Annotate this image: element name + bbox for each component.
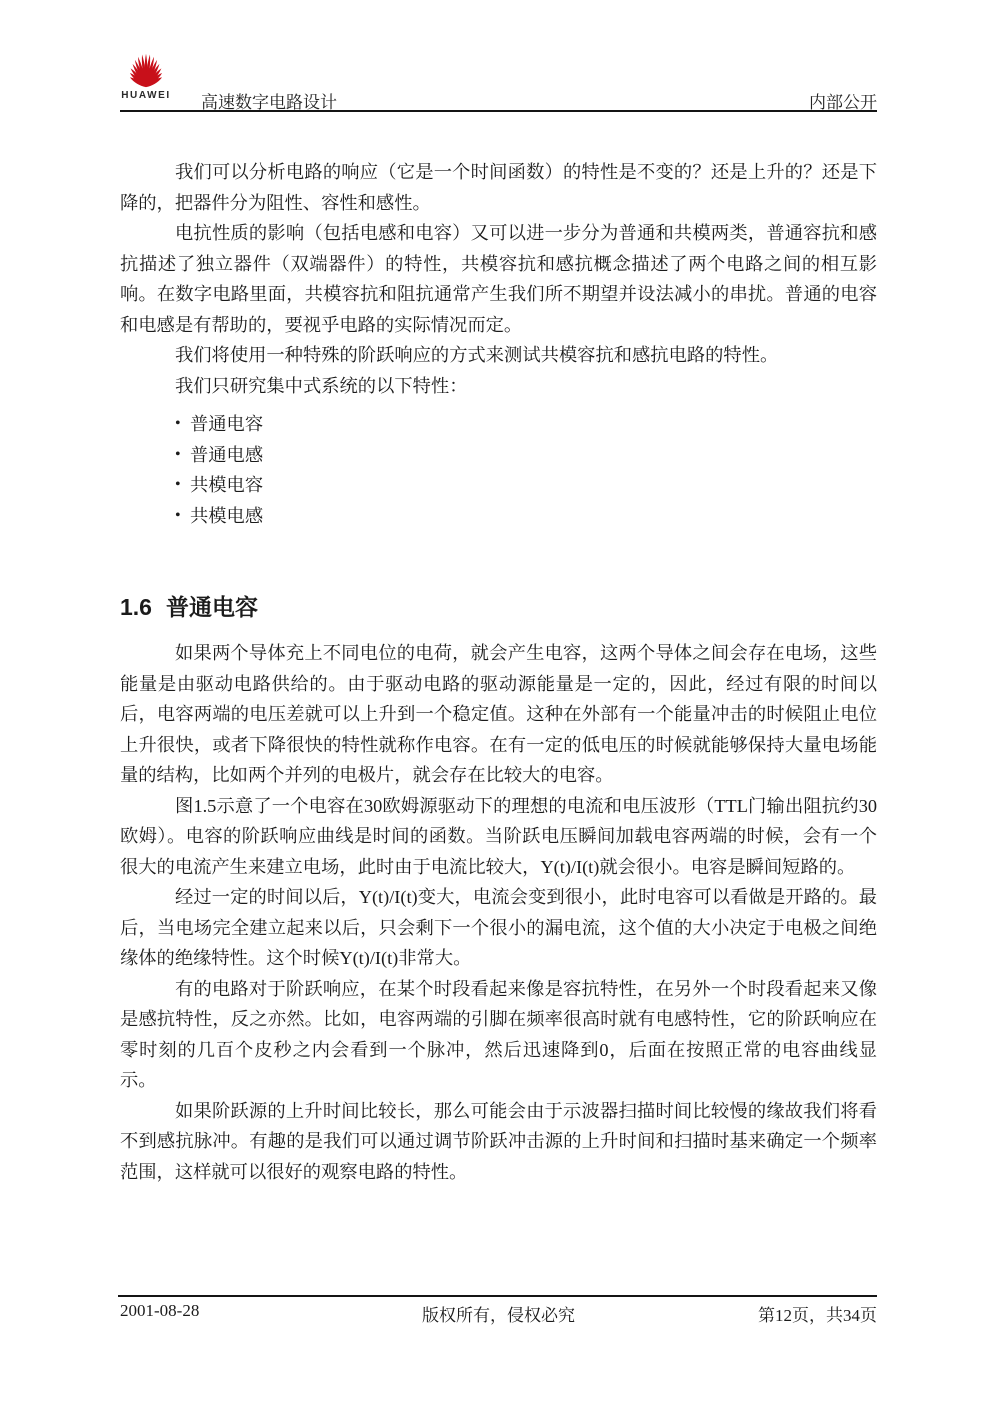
list-item: • 普通电感 [120, 440, 877, 471]
list-item-label: 普通电容 [190, 414, 263, 434]
paragraph: 如果阶跃源的上升时间比较长，那么可能会由于示波器扫描时间比较慢的缘故我们将看不到… [120, 1096, 877, 1188]
paragraph: 我们可以分析电路的响应（它是一个时间函数）的特性是不变的？还是上升的？还是下降的… [120, 157, 877, 218]
paragraph: 我们只研究集中式系统的以下特性： [120, 371, 877, 402]
bullet-icon: • [175, 440, 181, 471]
huawei-logo: HUAWEI [116, 52, 176, 101]
huawei-fan-icon [121, 52, 171, 88]
footer-divider [118, 1295, 877, 1297]
list-item-label: 普通电感 [190, 445, 263, 465]
bullet-icon: • [175, 409, 181, 440]
paragraph: 如果两个导体充上不同电位的电荷，就会产生电容，这两个导体之间会存在电场，这些能量… [120, 638, 877, 791]
paragraph: 经过一定的时间以后，Y(t)/I(t)变大，电流会变到很小，此时电容可以看做是开… [120, 882, 877, 974]
list-item: • 共模电容 [120, 470, 877, 501]
list-item: • 普通电容 [120, 409, 877, 440]
bullet-icon: • [175, 501, 181, 532]
section-title: 普通电容 [166, 595, 258, 620]
list-item-label: 共模电感 [190, 506, 263, 526]
paragraph: 我们将使用一种特殊的阶跃响应的方式来测试共模容抗和感抗电路的特性。 [120, 340, 877, 371]
paragraph: 图1.5示意了一个电容在30欧姆源驱动下的理想的电流和电压波形（TTL门输出阻抗… [120, 791, 877, 883]
section-heading: 1.6普通电容 [120, 591, 877, 624]
footer-date: 2001-08-28 [120, 1301, 199, 1321]
bullet-icon: • [175, 470, 181, 501]
document-page: HUAWEI 高速数字电路设计 内部公开 我们可以分析电路的响应（它是一个时间函… [0, 0, 992, 1403]
paragraph: 有的电路对于阶跃响应，在某个时段看起来像是容抗特性，在另外一个时段看起来又像是感… [120, 974, 877, 1096]
document-body: 我们可以分析电路的响应（它是一个时间函数）的特性是不变的？还是上升的？还是下降的… [120, 157, 877, 1187]
list-item: • 共模电感 [120, 501, 877, 532]
paragraph: 电抗性质的影响（包括电感和电容）又可以进一步分为普通和共模两类，普通容抗和感抗描… [120, 218, 877, 340]
header-divider [120, 110, 877, 112]
section-number: 1.6 [120, 594, 152, 620]
list-item-label: 共模电容 [190, 475, 263, 495]
huawei-logo-text: HUAWEI [116, 90, 176, 101]
feature-list: • 普通电容 • 普通电感 • 共模电容 • 共模电感 [120, 409, 877, 531]
footer-page-number: 第12页，共34页 [758, 1301, 877, 1326]
